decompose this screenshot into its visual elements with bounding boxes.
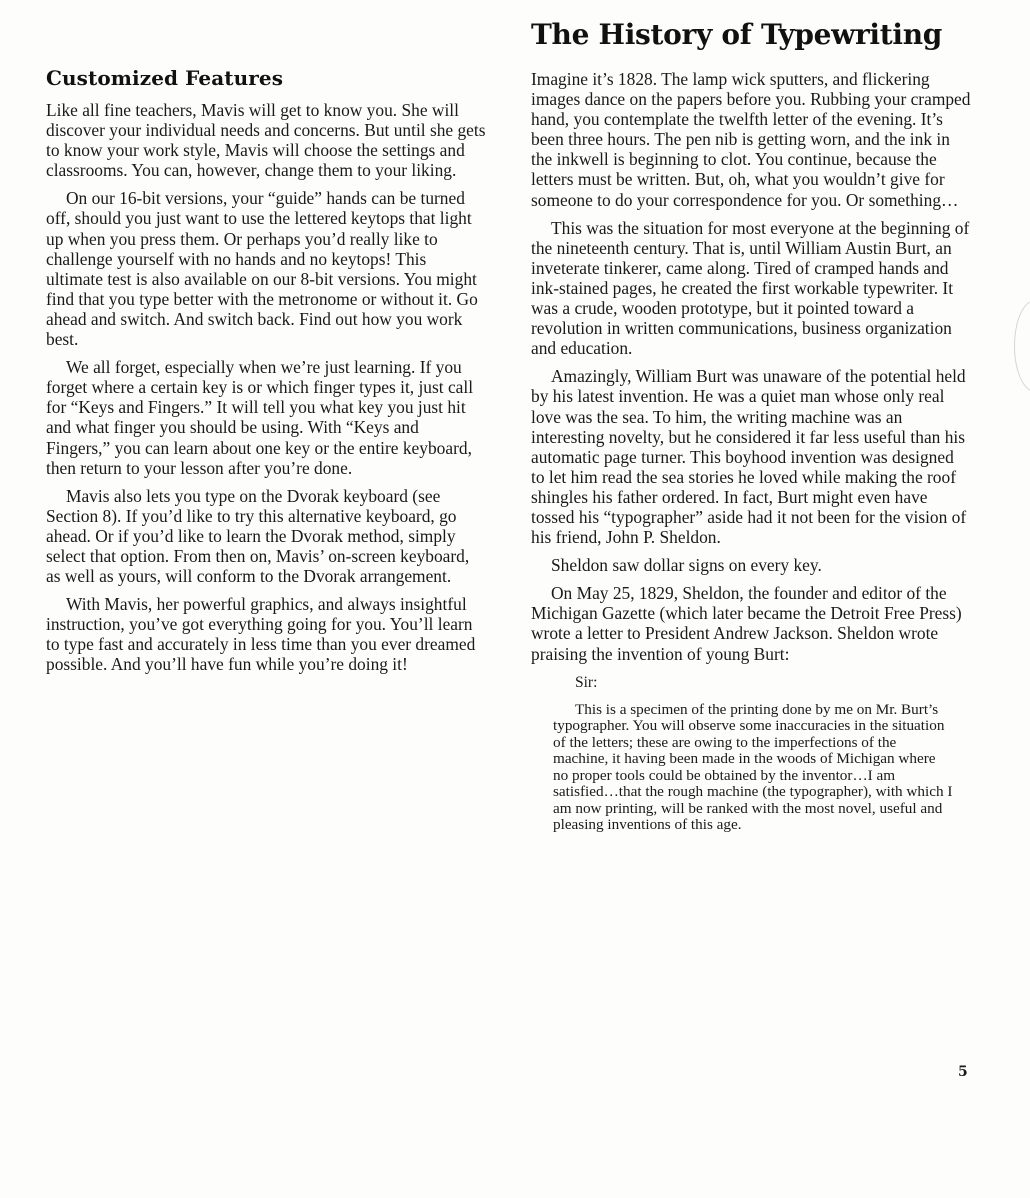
letter-body: This is a specimen of the printing done … (553, 702, 953, 834)
document-page: Customized Features Like all fine teache… (0, 0, 1030, 1198)
section-heading-customized-features: Customized Features (46, 66, 486, 90)
paragraph: On May 25, 1829, Sheldon, the founder an… (531, 583, 971, 663)
paragraph: We all forget, especially when we’re jus… (46, 357, 486, 478)
right-column: The History of Typewriting Imagine it’s … (531, 18, 971, 834)
quoted-letter: Sir: This is a specimen of the printing … (553, 674, 953, 834)
page-title: The History of Typewriting (531, 18, 971, 51)
paragraph: Amazingly, William Burt was unaware of t… (531, 366, 971, 547)
left-column: Customized Features Like all fine teache… (46, 66, 486, 683)
paragraph: With Mavis, her powerful graphics, and a… (46, 594, 486, 674)
scan-edge-artifact (1014, 300, 1030, 392)
paragraph: Imagine it’s 1828. The lamp wick sputter… (531, 69, 971, 210)
page-number: 5 (958, 1064, 968, 1080)
paragraph: Mavis also lets you type on the Dvorak k… (46, 486, 486, 586)
paragraph: On our 16-bit versions, your “guide” han… (46, 188, 486, 349)
paragraph: Like all fine teachers, Mavis will get t… (46, 100, 486, 180)
paragraph: This was the situation for most everyone… (531, 218, 971, 359)
paragraph: Sheldon saw dollar signs on every key. (531, 555, 971, 575)
letter-salutation: Sir: (575, 674, 953, 692)
